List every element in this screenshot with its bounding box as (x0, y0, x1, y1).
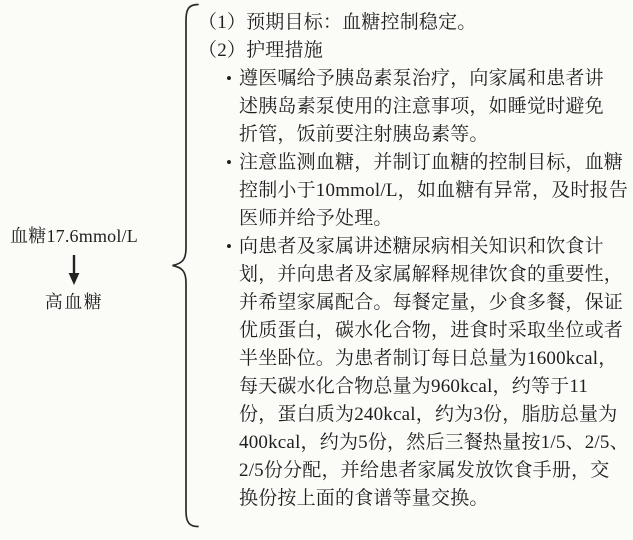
bullet-item: •注意监测血糖，并制订血糖的控制目标，血糖控制小于10mmol/L，如血糖有异常… (226, 149, 630, 233)
bullet-line: 并希望家属配合。每餐定量，少食多餐，保证 (239, 289, 630, 317)
bullet-line: 换份按上面的食谱等量交换。 (239, 485, 630, 513)
figure-canvas: 血糖17.6mmol/L 高血糖 （1）预期目标：血糖控制稳定。（2）护理措施•… (0, 0, 633, 540)
bullet-line: 控制小于10mmol/L，如血糖有异常，及时报告 (239, 177, 630, 205)
bullet-line: 向患者及家属讲述糖尿病相关知识和饮食计 (239, 233, 630, 261)
condition-block: 血糖17.6mmol/L 高血糖 (6, 224, 142, 314)
bullet-icon: • (226, 149, 239, 233)
bullet-line: 述胰岛素泵使用的注意事项，如睡觉时避免 (239, 93, 630, 121)
bullet-item: •遵医嘱给予胰岛素泵治疗，向家属和患者讲述胰岛素泵使用的注意事项，如睡觉时避免折… (226, 65, 630, 149)
care-plan-block: （1）预期目标：血糖控制稳定。（2）护理措施•遵医嘱给予胰岛素泵治疗，向家属和患… (198, 9, 630, 513)
bullet-line: 注意监测血糖，并制订血糖的控制目标，血糖 (239, 149, 630, 177)
bullet-icon: • (226, 233, 239, 513)
bullet-text: 向患者及家属讲述糖尿病相关知识和饮食计划，并向患者及家属解释规律饮食的重要性，并… (239, 233, 630, 513)
bullet-line: 划，并向患者及家属解释规律饮食的重要性， (239, 261, 630, 289)
bullet-icon: • (226, 65, 239, 149)
bullet-line: 2/5份分配，并给患者家属发放饮食手册，交 (239, 457, 630, 485)
numbered-item: （1）预期目标：血糖控制稳定。 (198, 9, 630, 37)
bullet-line: 每天碳水化合物总量为960kcal，约等于11 (239, 373, 630, 401)
bullet-text: 遵医嘱给予胰岛素泵治疗，向家属和患者讲述胰岛素泵使用的注意事项，如睡觉时避免折管… (239, 65, 630, 149)
numbered-item: （2）护理措施 (198, 37, 630, 65)
bullet-line: 400kcal，约为5份，然后三餐热量按1/5、2/5、 (239, 429, 630, 457)
bullet-line: 医师并给予处理。 (239, 205, 630, 233)
down-arrow-icon (66, 254, 82, 286)
bullet-line: 半坐卧位。为患者制订每日总量为1600kcal， (239, 345, 630, 373)
curly-brace-icon (168, 3, 202, 529)
bullet-item: •向患者及家属讲述糖尿病相关知识和饮食计划，并向患者及家属解释规律饮食的重要性，… (226, 233, 630, 513)
bullet-text: 注意监测血糖，并制订血糖的控制目标，血糖控制小于10mmol/L，如血糖有异常，… (239, 149, 630, 233)
bullet-line: 份，蛋白质为240kcal，约为3份，脂肪总量为 (239, 401, 630, 429)
bullet-line: 遵医嘱给予胰岛素泵治疗，向家属和患者讲 (239, 65, 630, 93)
bullet-line: 优质蛋白，碳水化合物，进食时采取坐位或者 (239, 317, 630, 345)
glucose-value-label: 血糖17.6mmol/L (6, 224, 142, 248)
diagnosis-label: 高血糖 (6, 290, 142, 314)
bullet-line: 折管，饭前要注射胰岛素等。 (239, 121, 630, 149)
